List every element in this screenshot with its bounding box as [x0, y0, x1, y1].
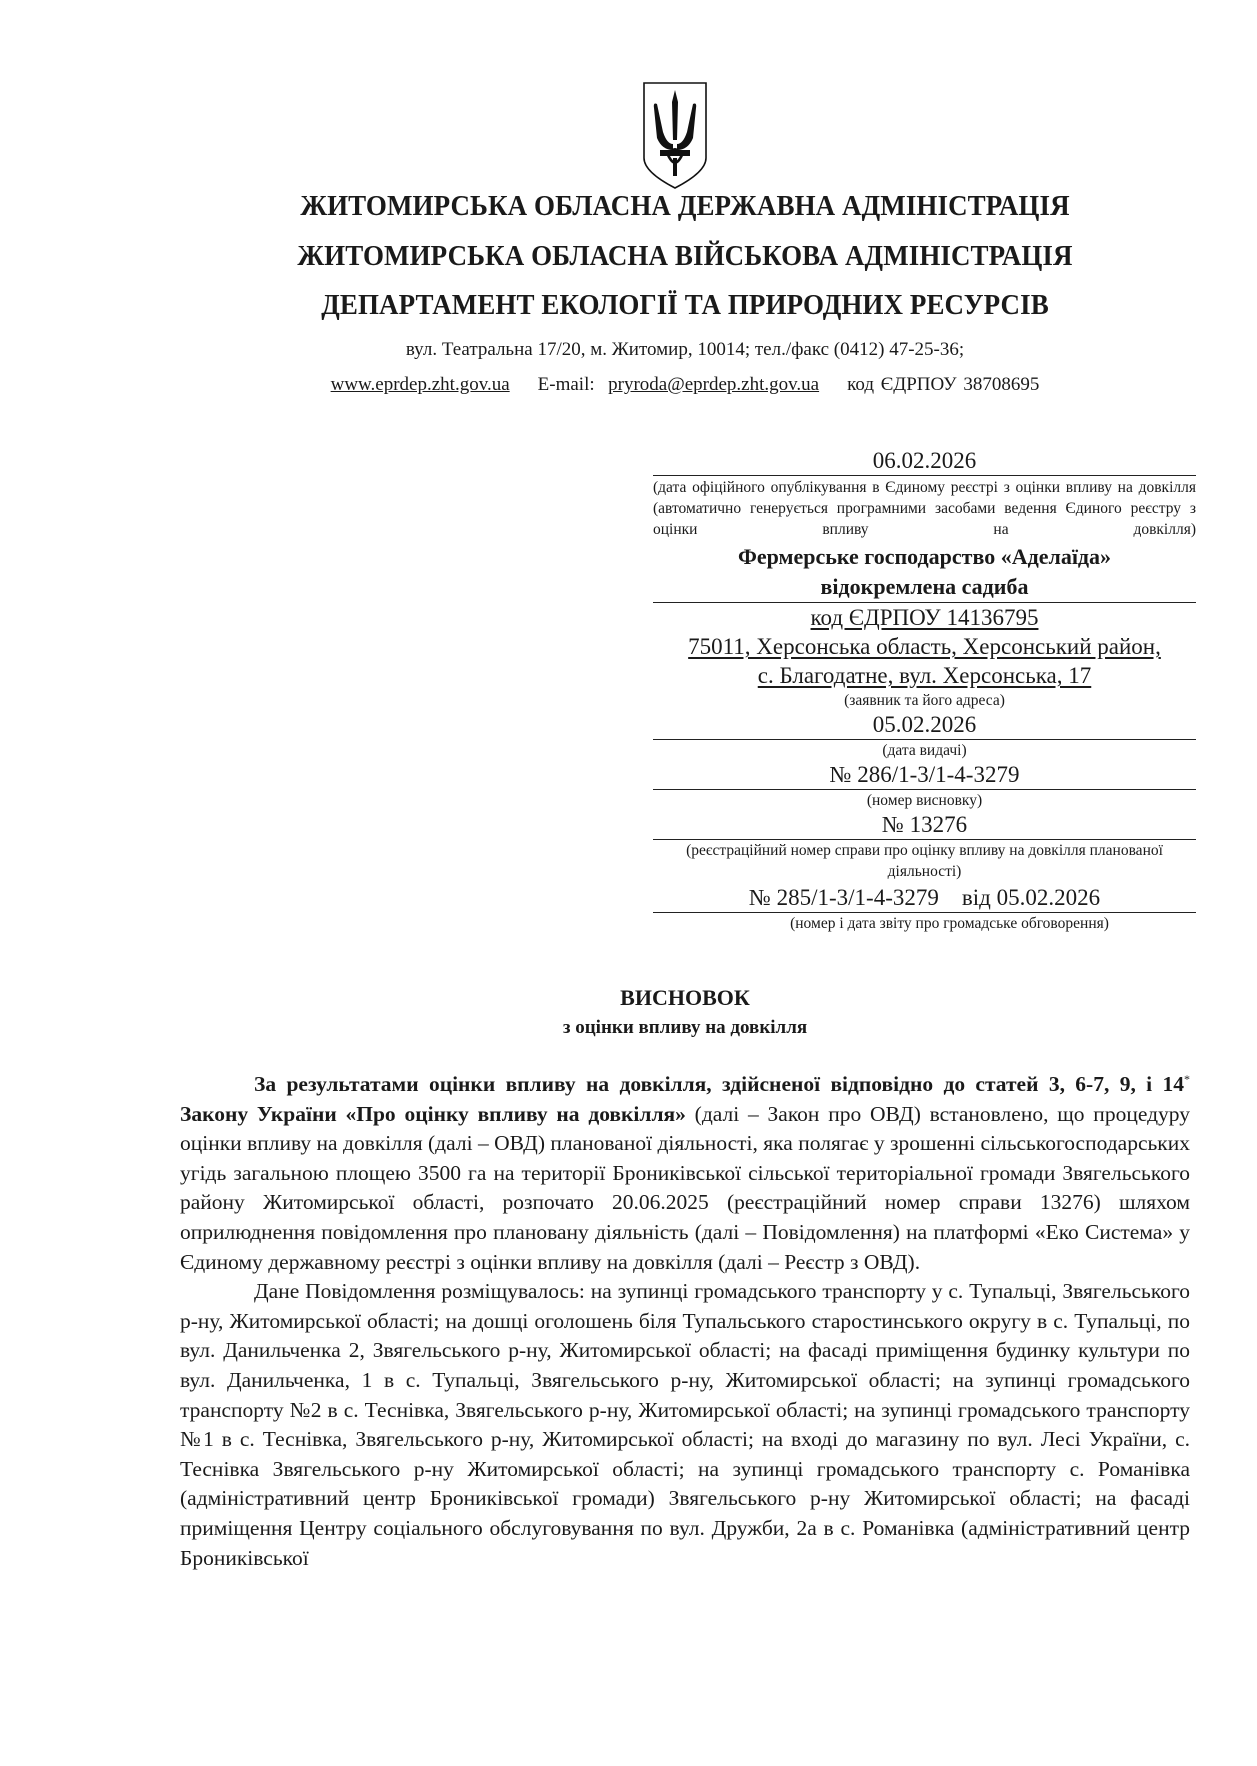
ukraine-trident-emblem-icon [640, 80, 710, 190]
org-address: вул. Театральна 17/20, м. Житомир, 10014… [180, 339, 1190, 361]
footnote-marker: * [1184, 1072, 1190, 1086]
org-name-line-1: ЖИТОМИРСЬКА ОБЛАСНА ДЕРЖАВНА АДМІНІСТРАЦ… [215, 190, 1154, 223]
publication-date: 06.02.2026 [653, 447, 1196, 476]
publication-date-caption: (дата офіційного опублікування в Єдиному… [653, 476, 1196, 540]
info-block: 06.02.2026 (дата офіційного опублікуванн… [653, 447, 1196, 934]
email-label: E-mail: [538, 374, 595, 395]
website-link[interactable]: www.eprdep.zht.gov.ua [331, 374, 510, 395]
org-name-line-2: ЖИТОМИРСЬКА ОБЛАСНА ВІЙСЬКОВА АДМІНІСТРА… [215, 240, 1154, 273]
applicant-address-line-2: с. Благодатне, вул. Херсонська, 17 [758, 663, 1092, 688]
org-edrpou: код ЄДРПОУ 38708695 [847, 374, 1039, 395]
department-name: ДЕПАРТАМЕНТ ЕКОЛОГІЇ ТА ПРИРОДНИХ РЕСУРС… [215, 289, 1154, 322]
document-page: ЖИТОМИРСЬКА ОБЛАСНА ДЕРЖАВНА АДМІНІСТРАЦ… [0, 0, 1257, 1766]
applicant-code: код ЄДРПОУ 14136795 [811, 605, 1039, 630]
issue-date-caption: (дата видачі) [653, 740, 1196, 761]
paragraph-1-bold-intro: За результатами оцінки впливу на довкілл… [254, 1072, 1184, 1096]
issue-date: 05.02.2026 [653, 711, 1196, 740]
report-caption: (номер і дата звіту про громадське обгов… [653, 913, 1196, 934]
email-link[interactable]: pryroda@eprdep.zht.gov.ua [608, 374, 819, 395]
applicant-address-line-1: 75011, Херсонська область, Херсонський р… [688, 634, 1161, 659]
org-contacts: www.eprdep.zht.gov.uaE-mail: pryroda@epr… [180, 374, 1190, 396]
applicant-caption: (заявник та його адреса) [653, 690, 1196, 711]
document-body: За результатами оцінки впливу на довкілл… [180, 1070, 1190, 1573]
applicant-type: відокремлена садиба [653, 572, 1196, 603]
case-number: № 13276 [653, 811, 1196, 840]
case-number-caption: (реєстраційний номер справи про оцінку в… [653, 840, 1196, 882]
paragraph-1-law-name: Закону України «Про оцінку впливу на дов… [180, 1102, 686, 1126]
paragraph-2: Дане Повідомлення розміщувалось: на зупи… [180, 1277, 1190, 1573]
paragraph-1-text: (далі – Закон про ОВД) встановлено, що п… [180, 1102, 1190, 1274]
applicant-name: Фермерське господарство «Аделаїда» [653, 542, 1196, 572]
paragraph-1: За результатами оцінки впливу на довкілл… [180, 1070, 1190, 1277]
report-number-date: № 285/1-3/1-4-3279 від 05.02.2026 [653, 884, 1196, 913]
conclusion-number: № 286/1-3/1-4-3279 [653, 761, 1196, 790]
conclusion-number-caption: (номер висновку) [653, 790, 1196, 811]
document-subtitle: з оцінки впливу на довкілля [180, 1017, 1190, 1039]
document-title: ВИСНОВОК [180, 985, 1190, 1011]
